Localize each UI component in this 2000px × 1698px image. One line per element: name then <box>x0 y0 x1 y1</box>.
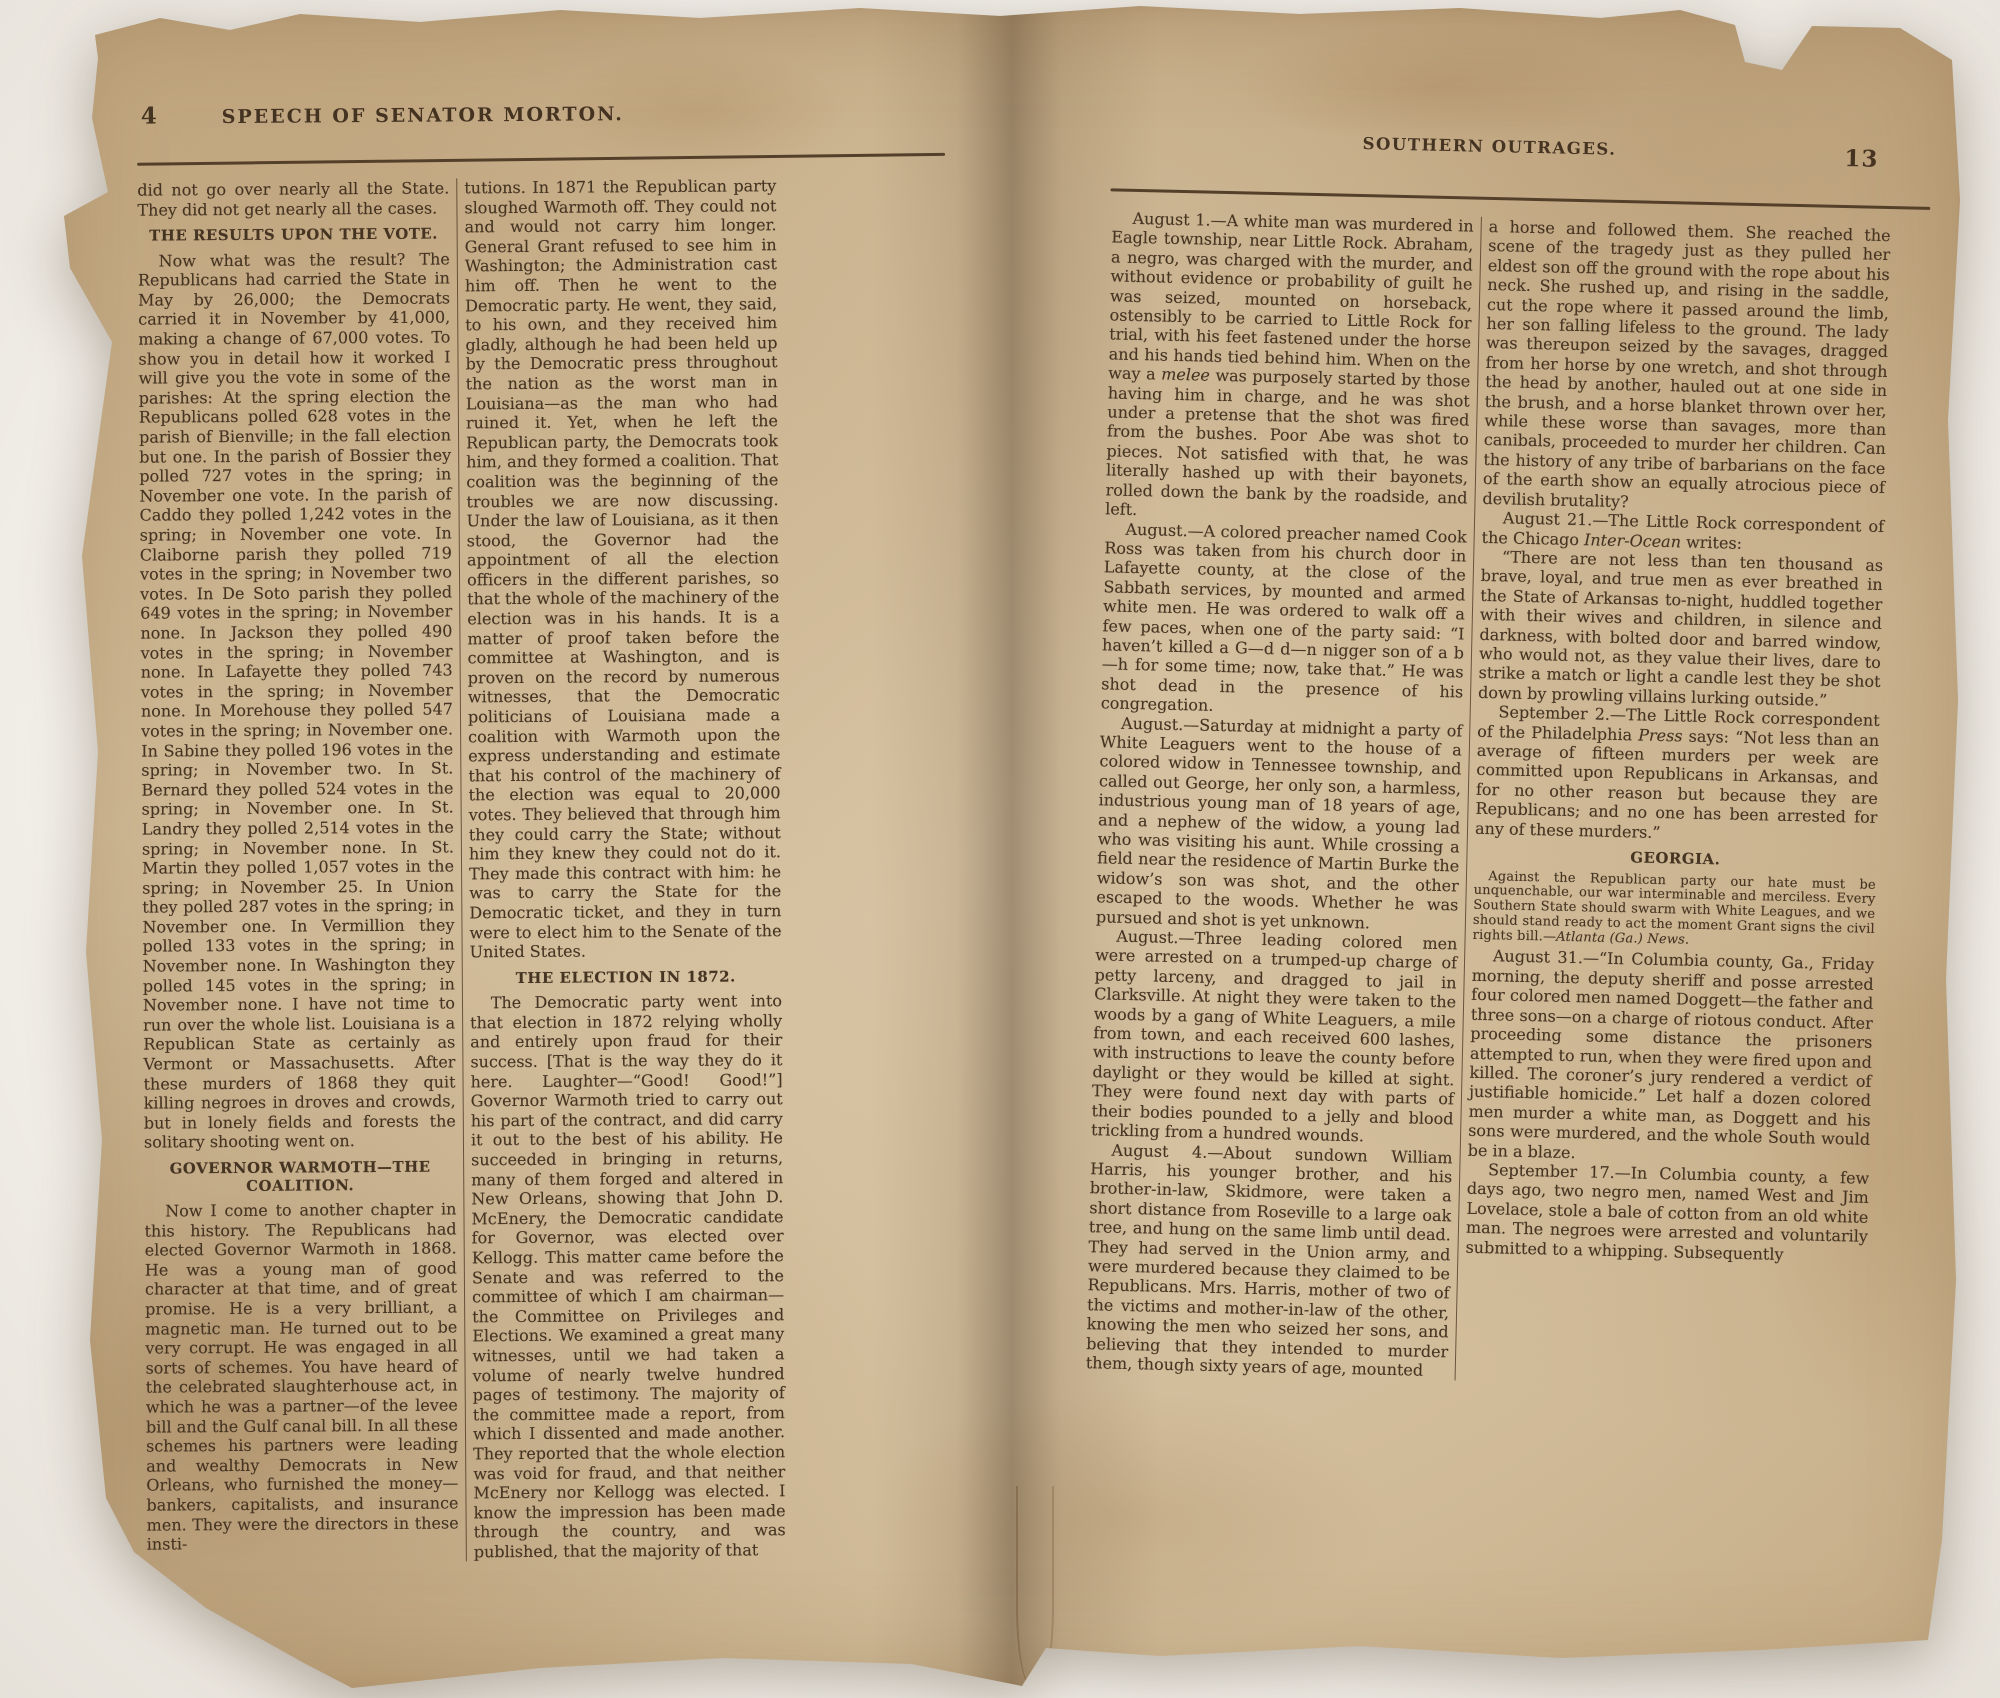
right-header-rule <box>1110 188 1930 210</box>
right-page-number: 13 <box>1844 145 1879 173</box>
section-heading: THE RESULTS UPON THE VOTE. <box>144 226 444 246</box>
scan-backdrop: 4 SPEECH OF SENATOR MORTON. did not go o… <box>0 0 2000 1698</box>
section-heading: GEORGIA. <box>1480 846 1870 872</box>
text-paragraph: August.—A colored preacher named Cook Ro… <box>1101 519 1467 721</box>
text-paragraph: a horse and followed them. She reached t… <box>1482 217 1891 517</box>
left-page-column-1: did not go over nearly all the State. Th… <box>137 178 459 1564</box>
text-paragraph: August 1.—A white man was murdered in Ea… <box>1105 208 1474 527</box>
left-page-number: 4 <box>141 102 158 129</box>
left-page: 4 SPEECH OF SENATOR MORTON. did not go o… <box>72 57 963 1663</box>
text-paragraph: August 4.—About sundown William Harris, … <box>1086 1140 1453 1381</box>
right-page-column-1: August 1.—A white man was murdered in Ea… <box>1086 208 1474 1380</box>
right-page-column-2: a horse and followed them. She reached t… <box>1463 217 1891 1390</box>
text-paragraph: September 17.—In Columbia county, a few … <box>1465 1160 1869 1266</box>
left-page-column-2: tutions. In 1871 the Republican party sl… <box>464 176 786 1562</box>
section-heading: THE ELECTION IN 1872. <box>476 968 776 988</box>
text-paragraph: Against the Republican party our hate mu… <box>1472 869 1876 952</box>
left-header-rule <box>137 153 945 166</box>
right-running-head: SOUTHERN OUTRAGES. <box>1324 133 1654 159</box>
right-page: SOUTHERN OUTRAGES. 13 August 1.—A white … <box>1065 66 1991 1686</box>
left-running-head: SPEECH OF SENATOR MORTON. <box>163 103 683 129</box>
sheet-edge <box>1016 1486 1054 1686</box>
text-paragraph: August.—Three leading colored men were a… <box>1091 926 1458 1148</box>
text-paragraph: Now I come to another chapter in this hi… <box>144 1199 458 1554</box>
text-paragraph: tutions. In 1871 the Republican party sl… <box>464 176 781 962</box>
section-heading: GOVERNOR WARMOTH—THE COALITION. <box>150 1158 450 1195</box>
text-paragraph: The Democratic party went into that elec… <box>470 991 786 1561</box>
text-paragraph: Now what was the result? The Republicans… <box>138 249 456 1152</box>
text-paragraph: August 31.—“In Columbia county, Ga., Fri… <box>1468 946 1875 1169</box>
text-paragraph: “There are not less than ten thousand as… <box>1478 547 1883 711</box>
text-paragraph: did not go over nearly all the State. Th… <box>137 178 449 219</box>
text-paragraph: September 2.—The Little Rock corresponde… <box>1475 702 1880 847</box>
left-page-columns: did not go over nearly all the State. Th… <box>137 176 792 1564</box>
text-paragraph: August.—Saturday at midnight a party of … <box>1096 713 1463 935</box>
right-page-columns: August 1.—A white man was murdered in Ea… <box>1086 208 1912 1390</box>
pamphlet-paper: 4 SPEECH OF SENATOR MORTON. did not go o… <box>48 6 1973 1692</box>
